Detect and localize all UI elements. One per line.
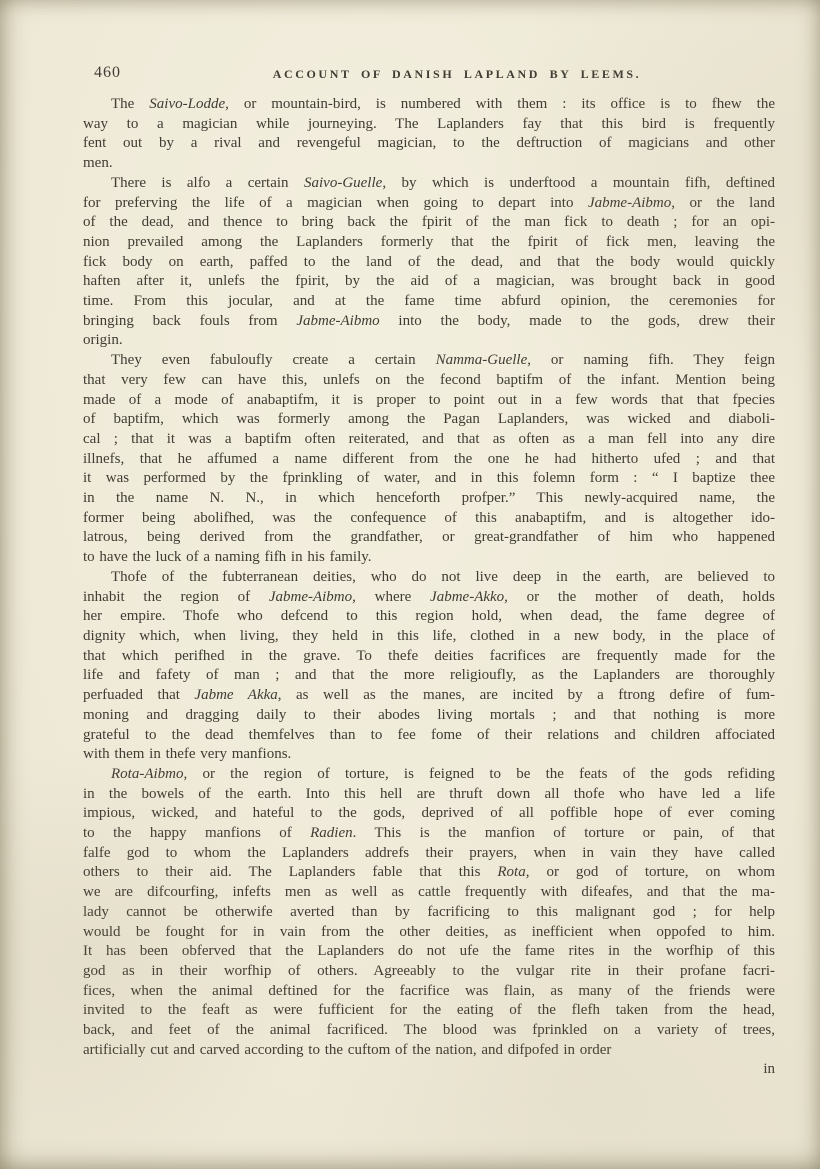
text-line: fices, when the animal deftined for the … <box>83 982 775 1002</box>
italic-term: Jabme-Aibmo <box>269 589 352 605</box>
text-line: to the happy manfions of Radien. This is… <box>83 824 775 844</box>
text-line: latrous, being derived from the grandfat… <box>83 528 775 548</box>
text-line: god as in their worfhip of others. Agree… <box>83 962 775 982</box>
text-line: in the bowels of the earth. Into this he… <box>83 785 775 805</box>
italic-term: Jabme-Akko <box>430 589 504 605</box>
text-line: it was performed by the fprinkling of wa… <box>83 469 775 489</box>
text-body: The Saivo-Lodde, or mountain-bird, is nu… <box>83 95 775 1080</box>
text-line: to have the luck of a naming fifh in his… <box>83 548 775 568</box>
running-title: ACCOUNT OF DANISH LAPLAND BY LEEMS. <box>83 67 775 82</box>
text-line: Rota-Aibmo, or the region of torture, is… <box>83 765 775 785</box>
text-line: of the dead, and thence to bring back th… <box>83 213 775 233</box>
page-header: 460 ACCOUNT OF DANISH LAPLAND BY LEEMS. <box>83 64 775 88</box>
text-line: The Saivo-Lodde, or mountain-bird, is nu… <box>83 95 775 115</box>
italic-term: Radien <box>310 825 353 841</box>
italic-term: Rota-Aibmo <box>111 766 184 782</box>
text-line: her empire. Thofe who defcend to this re… <box>83 607 775 627</box>
text-line: illnefs, that he affumed a name differen… <box>83 450 775 470</box>
italic-term: Jabme-Aibmo <box>588 195 671 211</box>
italic-term: Jabme Akka <box>194 687 277 703</box>
text-line: with them in thefe very manfions. <box>83 745 775 765</box>
text-line: in the name N. N., in which henceforth p… <box>83 489 775 509</box>
italic-term: Saivo-Guelle <box>304 175 382 191</box>
text-line: back, and feet of the animal facrificed.… <box>83 1021 775 1041</box>
italic-term: Rota <box>497 864 525 880</box>
text-line: fick body on earth, paffed to the land o… <box>83 253 775 273</box>
text-line: impious, wicked, and hateful to the gods… <box>83 804 775 824</box>
catchword: in <box>83 1060 775 1080</box>
text-line: time. From this jocular, and at the fame… <box>83 292 775 312</box>
paragraph-4: Thofe of the fubterranean deities, who d… <box>83 568 775 765</box>
text-line: would be fought for in vain from the oth… <box>83 923 775 943</box>
text-line: men. <box>83 154 775 174</box>
text-line: invited to the feaft as were fufficient … <box>83 1001 775 1021</box>
text-line: falfe god to whom the Laplanders addrefs… <box>83 844 775 864</box>
text-line: that very few can have this, unlefs on t… <box>83 371 775 391</box>
paragraph-2: There is alfo a certain Saivo-Guelle, by… <box>83 174 775 351</box>
text-line: way to a magician while journeying. The … <box>83 115 775 135</box>
text-line: origin. <box>83 331 775 351</box>
text-line: inhabit the region of Jabme-Aibmo, where… <box>83 588 775 608</box>
text-line: moning and dragging daily to their abode… <box>83 706 775 726</box>
text-line: nion prevailed among the Laplanders form… <box>83 233 775 253</box>
book-page: 460 ACCOUNT OF DANISH LAPLAND BY LEEMS. … <box>0 0 820 1169</box>
text-line: for preferving the life of a magician wh… <box>83 194 775 214</box>
text-line: It has been obferved that the Laplanders… <box>83 942 775 962</box>
text-line: haften after it, unlefs the fpirit, by t… <box>83 272 775 292</box>
text-line: that which perifhed in the grave. To the… <box>83 647 775 667</box>
text-line: There is alfo a certain Saivo-Guelle, by… <box>83 174 775 194</box>
text-line: others to their aid. The Laplanders fabl… <box>83 863 775 883</box>
text-line: lady cannot be otherwife averted than by… <box>83 903 775 923</box>
italic-term: Jabme-Aibmo <box>296 313 379 329</box>
text-line: cal ; that it was a baptifm often reiter… <box>83 430 775 450</box>
paragraph-3: They even fabuloufly create a certain Na… <box>83 351 775 568</box>
text-line: fent out by a rival and revengeful magic… <box>83 134 775 154</box>
text-line: of baptifm, which was formerly among the… <box>83 410 775 430</box>
text-line: Thofe of the fubterranean deities, who d… <box>83 568 775 588</box>
text-line: artificially cut and carved according to… <box>83 1041 775 1061</box>
text-line: we are difcourfing, infefts men as well … <box>83 883 775 903</box>
text-line: dignity which, when living, they held in… <box>83 627 775 647</box>
text-line: They even fabuloufly create a certain Na… <box>83 351 775 371</box>
italic-term: Namma-Guelle <box>436 352 528 368</box>
text-line: grateful to the dead themfelves than to … <box>83 726 775 746</box>
text-line: perfuaded that Jabme Akka, as well as th… <box>83 686 775 706</box>
paragraph-5: Rota-Aibmo, or the region of torture, is… <box>83 765 775 1061</box>
text-line: life and fafety of man ; and that the mo… <box>83 666 775 686</box>
italic-term: Saivo-Lodde <box>149 96 225 112</box>
text-line: former being abolifhed, was the confeque… <box>83 509 775 529</box>
paragraph-1: The Saivo-Lodde, or mountain-bird, is nu… <box>83 95 775 174</box>
text-line: bringing back fouls from Jabme-Aibmo int… <box>83 312 775 332</box>
text-line: made of a mode of anabaptifm, it is prop… <box>83 391 775 411</box>
